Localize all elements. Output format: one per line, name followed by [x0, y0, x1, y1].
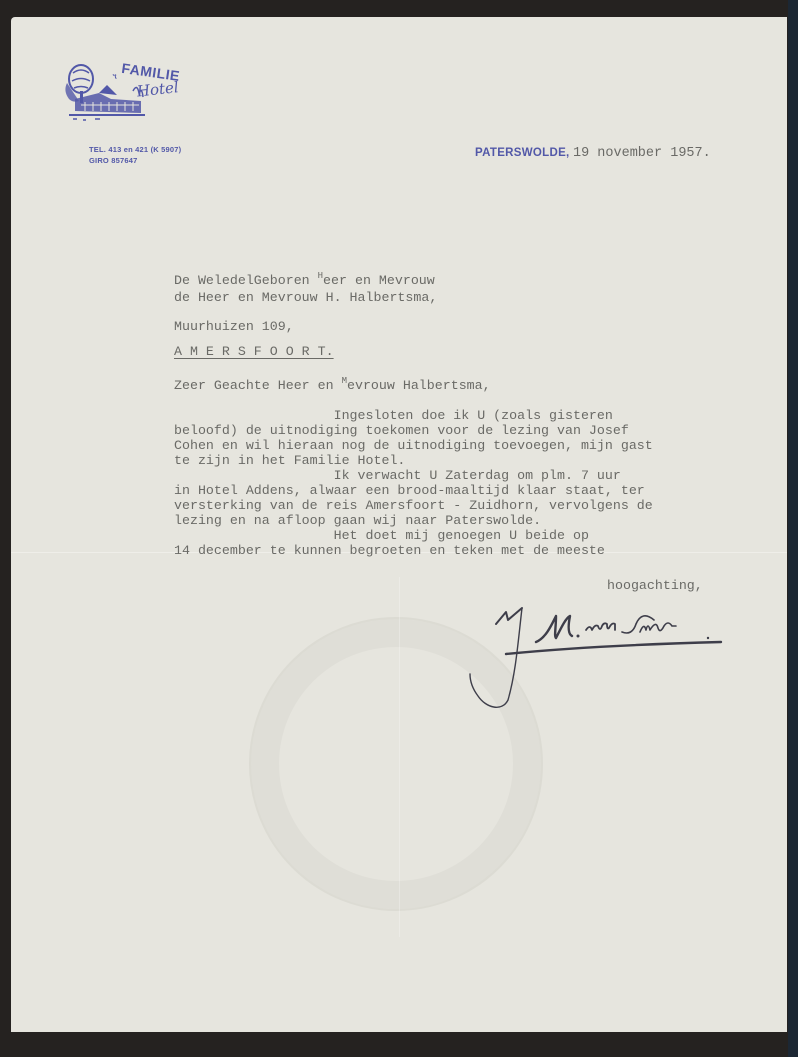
body-line: beloofd) de uitnodiging toekomen voor de… — [174, 423, 653, 438]
salutation-correction: M — [342, 376, 347, 386]
salutation: Zeer Geachte Heer en Mevrouw Halbertsma, — [174, 378, 491, 395]
recipient-line-1a: De WeledelGeboren — [174, 273, 318, 288]
logo-prefix: 't — [112, 73, 118, 81]
letterhead-contact: TEL. 413 en 421 (K 5907) GIRO 857647 — [89, 144, 181, 166]
hotel-building-icon: 't FAMILIE Hotel — [55, 55, 195, 127]
closing: hoogachting, — [607, 578, 703, 593]
letterhead-place: PATERSWOLDE, — [475, 147, 570, 159]
scan-edge-strip — [788, 0, 798, 1057]
body-line: 14 december te kunnen begroeten en teken… — [174, 543, 653, 558]
body-line: Ingesloten doe ik U (zoals gisteren — [174, 408, 653, 423]
giro-number: GIRO 857647 — [89, 155, 181, 166]
recipient-line-2: de Heer en Mevrouw H. Halbertsma, — [174, 290, 437, 305]
body-line: Ik verwacht U Zaterdag om plm. 7 uur — [174, 468, 653, 483]
paper-fold-line-vertical — [399, 577, 400, 937]
body-line: te zijn in het Familie Hotel. — [174, 453, 653, 468]
handwritten-signature — [456, 602, 731, 717]
body-line: in Hotel Addens, alwaar een brood-maalti… — [174, 483, 653, 498]
body-line: Cohen en wil hieraan nog de uitnodiging … — [174, 438, 653, 453]
recipient-address: De WeledelGeboren Heer en Mevrouw de Hee… — [174, 273, 437, 305]
recipient-line-1-correction: H — [318, 271, 323, 281]
letter-body: Ingesloten doe ik U (zoals gisterenbeloo… — [174, 408, 653, 558]
letter-date: 19 november 1957. — [573, 146, 711, 161]
logo-script: Hotel — [135, 78, 180, 100]
salutation-part-a: Zeer Geachte Heer en — [174, 378, 342, 393]
salutation-part-b: evrouw Halbertsma, — [347, 378, 491, 393]
recipient-line-1b: eer en Mevrouw — [323, 273, 435, 288]
body-line: lezing en na afloop gaan wij naar Paters… — [174, 513, 653, 528]
body-line: versterking van de reis Amersfoort - Zui… — [174, 498, 653, 513]
letter-page: 't FAMILIE Hotel TEL. 413 en 421 (K 5907… — [11, 17, 787, 1032]
recipient-street: Muurhuizen 109, — [174, 319, 294, 334]
signature-icon — [456, 602, 731, 717]
recipient-city: A M E R S F O O R T. — [174, 344, 334, 359]
hotel-logo: 't FAMILIE Hotel — [55, 55, 195, 127]
body-line: Het doet mij genoegen U beide op — [174, 528, 653, 543]
telephone-numbers: TEL. 413 en 421 (K 5907) — [89, 144, 181, 155]
